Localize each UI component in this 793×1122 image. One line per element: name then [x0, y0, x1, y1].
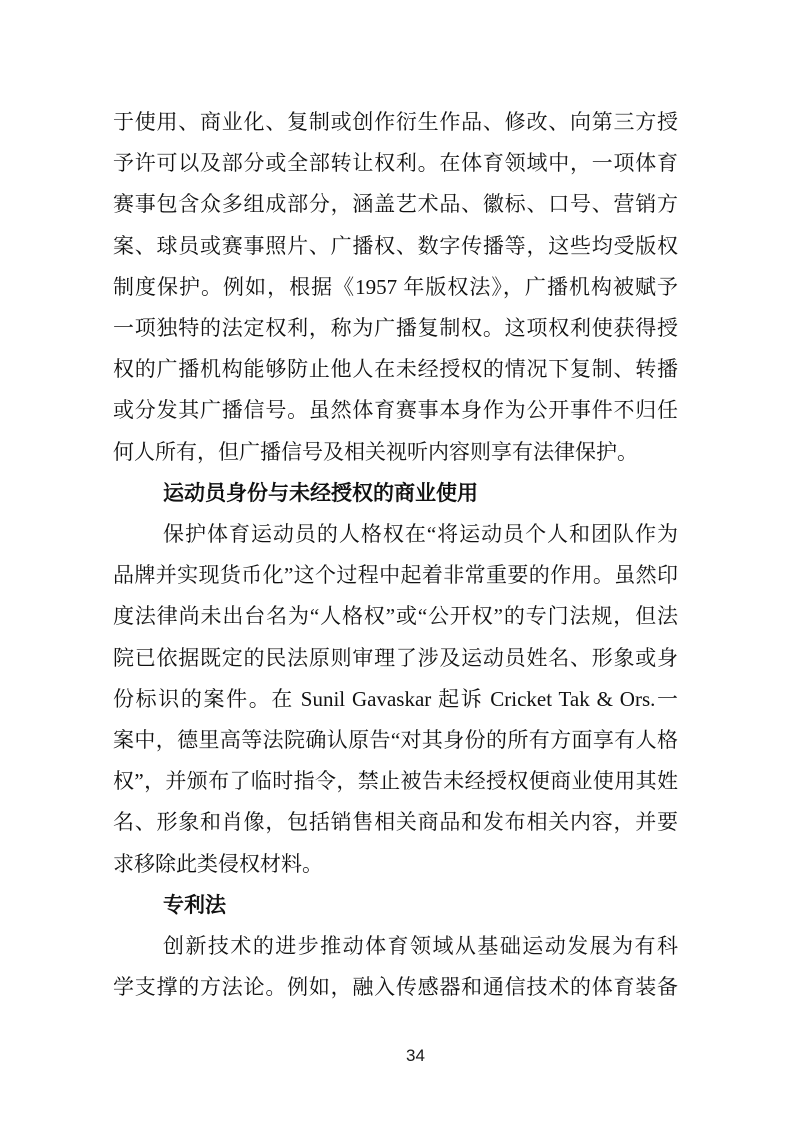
text-line: 品牌并实现货币化”这个过程中起着非常重要的作用。虽然印: [113, 555, 678, 596]
page-body-text: 于使用、商业化、复制或创作衍生作品、修改、向第三方授 予许可以及部分或全部转让权…: [113, 102, 678, 1008]
text-line: 或分发其广播信号。虽然体育赛事本身作为公开事件不归任: [113, 390, 678, 431]
text-line: 求移除此类侵权材料。: [113, 844, 678, 885]
text-line: 名、形象和肖像，包括销售相关商品和发布相关内容，并要: [113, 802, 678, 843]
text-line: 于使用、商业化、复制或创作衍生作品、修改、向第三方授: [113, 102, 678, 143]
text-line: 院已依据既定的民法原则审理了涉及运动员姓名、形象或身: [113, 638, 678, 679]
text-line: 保护体育运动员的人格权在“将运动员个人和团队作为: [113, 514, 678, 555]
section-heading-patent-law: 专利法: [113, 885, 678, 926]
text-line: 学支撑的方法论。例如，融入传感器和通信技术的体育装备: [113, 967, 678, 1008]
paragraph-personality-rights: 保护体育运动员的人格权在“将运动员个人和团队作为 品牌并实现货币化”这个过程中起…: [113, 514, 678, 885]
text-line: 予许可以及部分或全部转让权利。在体育领域中，一项体育: [113, 143, 678, 184]
text-line: 一项独特的法定权利，称为广播复制权。这项权利使获得授: [113, 308, 678, 349]
text-line: 权”，并颁布了临时指令，禁止被告未经授权便商业使用其姓: [113, 761, 678, 802]
text-line: 制度保护。例如，根据《1957 年版权法》，广播机构被赋予: [113, 267, 678, 308]
paragraph-copyright-continuation: 于使用、商业化、复制或创作衍生作品、修改、向第三方授 予许可以及部分或全部转让权…: [113, 102, 678, 473]
text-line: 权的广播机构能够防止他人在未经授权的情况下复制、转播: [113, 349, 678, 390]
text-line: 创新技术的进步推动体育领域从基础运动发展为有科: [113, 926, 678, 967]
text-line: 份标识的案件。在 Sunil Gavaskar 起诉 Cricket Tak &…: [113, 679, 678, 720]
text-line: 案、球员或赛事照片、广播权、数字传播等，这些均受版权: [113, 226, 678, 267]
page-number: 34: [38, 1046, 793, 1066]
document-page: 于使用、商业化、复制或创作衍生作品、修改、向第三方授 予许可以及部分或全部转让权…: [0, 0, 793, 1122]
section-heading-athlete-identity: 运动员身份与未经授权的商业使用: [113, 473, 678, 514]
text-line: 何人所有，但广播信号及相关视听内容则享有法律保护。: [113, 432, 678, 473]
text-line: 度法律尚未出台名为“人格权”或“公开权”的专门法规，但法: [113, 596, 678, 637]
text-line: 案中，德里高等法院确认原告“对其身份的所有方面享有人格: [113, 720, 678, 761]
text-line: 赛事包含众多组成部分，涵盖艺术品、徽标、口号、营销方: [113, 184, 678, 225]
paragraph-patent-law: 创新技术的进步推动体育领域从基础运动发展为有科 学支撑的方法论。例如，融入传感器…: [113, 926, 678, 1008]
